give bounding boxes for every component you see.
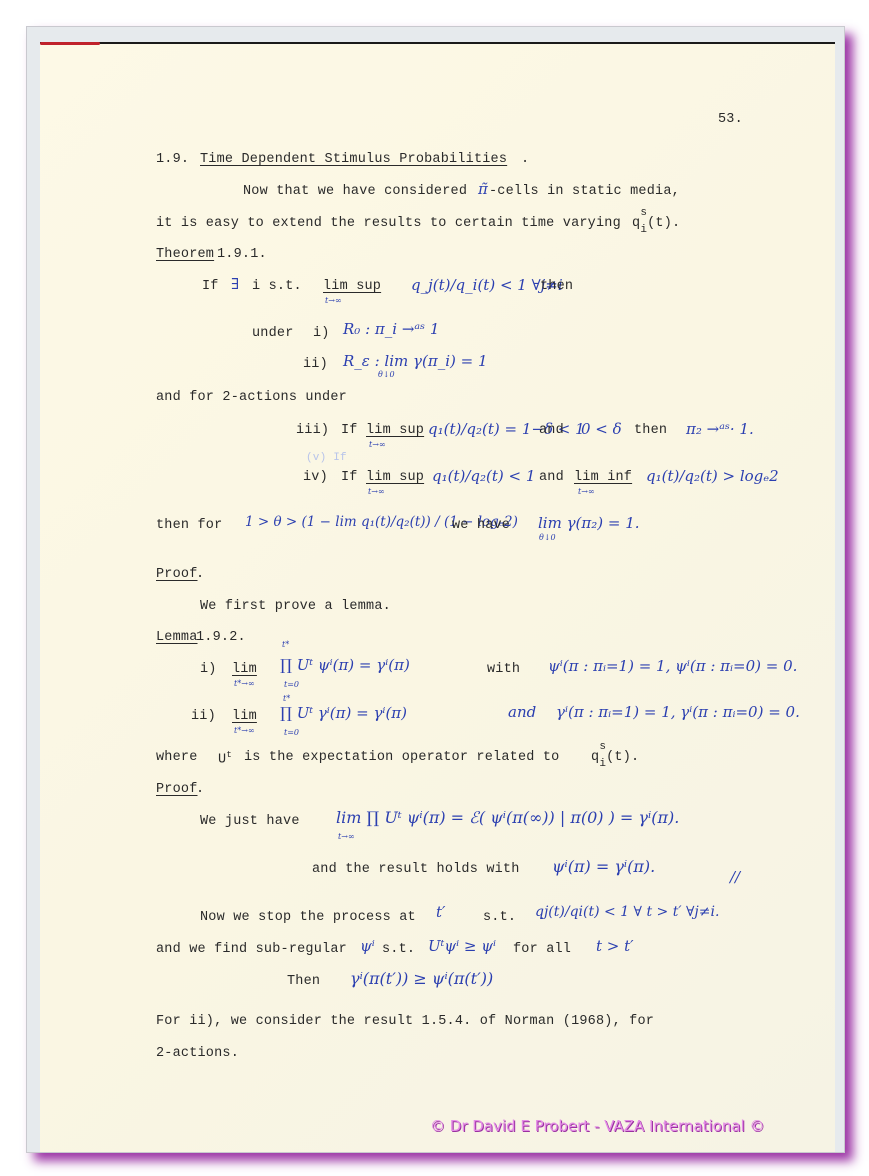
q-tail: (t). — [606, 750, 639, 765]
result-expression: ψⁱ(π) = γⁱ(π). — [552, 857, 655, 876]
final-subscript: θ↓0 — [539, 533, 556, 542]
page-number: 53. — [718, 112, 743, 127]
case-iv-subscript-2: t→∞ — [578, 487, 595, 496]
case-ii-label: ii) — [303, 357, 328, 372]
case-iii-result: π₂ →ᵃˢ· 1. — [686, 420, 754, 438]
lemma-i-expr: ∏ Uᵗ ψⁱ(π) = γⁱ(π) — [280, 656, 410, 674]
lemma-ii-lim-sub: t*→∞ — [234, 726, 255, 735]
stop-expression: qj(t)/qi(t) < 1 ∀ t > t′ ∀j≠i. — [535, 904, 719, 920]
theorem-then: then — [540, 279, 573, 294]
lemma-i-condition: ψⁱ(π : πᵢ=1) = 1, ψⁱ(π : πᵢ=0) = 0. — [548, 657, 797, 675]
section-title: Time Dependent Stimulus Probabilities — [200, 152, 507, 167]
section-title-period: . — [521, 152, 529, 167]
lemma-label: Lemma — [156, 630, 198, 645]
exists-symbol: ∃ — [231, 275, 239, 293]
for-ii-line-2: 2-actions. — [156, 1046, 239, 1061]
case-iv-subscript: t→∞ — [368, 487, 385, 496]
lemma-q-expression: qsi(t). — [591, 750, 639, 765]
copyright-watermark: © Dr David E Probert - VAZA Internationa… — [430, 1117, 765, 1135]
find-text-c: for all — [513, 942, 571, 957]
stop-text-b: s.t. — [483, 910, 516, 925]
find-text-a: and we find sub-regular — [156, 942, 347, 957]
q-expression: qsi(t). — [632, 216, 680, 231]
lemma-number: 1.9.2. — [196, 630, 246, 645]
two-actions-line: and for 2-actions under — [156, 390, 347, 405]
we-have: we have — [452, 518, 510, 533]
faint-overtype: (v) If — [306, 452, 347, 464]
theorem-limsup: lim sup — [323, 279, 381, 294]
case-iv-and: and — [539, 470, 564, 485]
find-text-b: s.t. — [382, 942, 415, 957]
theorem-if: If — [202, 279, 219, 294]
intro-line-1a: Now that we have considered — [243, 184, 467, 199]
lemma-i-lim-sub: t*→∞ — [234, 679, 255, 688]
q-tail: (t). — [647, 216, 680, 231]
lemma-ii-expr: ∏ Uᵗ γⁱ(π) = γⁱ(π) — [280, 704, 407, 722]
find-t: t > t′ — [596, 937, 634, 955]
find-psi: ψⁱ — [360, 937, 375, 955]
u-operator: Ut — [218, 750, 232, 768]
for-ii-line: For ii), we consider the result 1.5.4. o… — [156, 1014, 654, 1029]
case-i-expr: R₀ : π_i →ᵃˢ 1 — [343, 320, 439, 338]
case-iii-label: iii) — [296, 423, 329, 438]
section-number: 1.9. — [156, 152, 189, 167]
lemma-i-with: with — [487, 662, 520, 677]
proof-label-1-period: . — [196, 567, 204, 582]
q-sub: i — [640, 224, 647, 236]
find-expression: Uᵗψⁱ ≥ ψⁱ — [428, 937, 496, 955]
qed-mark: // — [730, 868, 740, 886]
lemma-ii-and: and — [508, 703, 536, 721]
lemma-ii-condition: γⁱ(π : πᵢ=1) = 1, γⁱ(π : πᵢ=0) = 0. — [556, 703, 800, 721]
proof-label-1: Proof — [156, 567, 198, 582]
lemma-ii-lim: lim — [232, 709, 257, 724]
stop-t: t′ — [436, 903, 445, 921]
result-holds: and the result holds with — [312, 862, 520, 877]
proof-label-2: Proof — [156, 782, 198, 797]
lemma-ii-prod-bottom: t=0 — [284, 728, 299, 737]
lemma-ii-prod-top: t* — [283, 694, 290, 703]
lemma-ii-label: ii) — [191, 709, 216, 724]
then-for: then for — [156, 518, 222, 533]
then-expression: γⁱ(π(t′)) ≥ ψⁱ(π(t′)) — [350, 969, 493, 988]
case-iv-expr-2: q₁(t)/q₂(t) > logₑ2 — [646, 467, 779, 485]
case-iv-expr: q₁(t)/q₂(t) < 1 — [432, 467, 535, 485]
under-label: under — [252, 326, 294, 341]
theorem-number: 1.9.1. — [217, 247, 267, 262]
case-iv-label: iv) — [303, 470, 328, 485]
case-iv-if: If — [341, 470, 358, 485]
case-iv-limsup: lim sup — [366, 470, 424, 485]
case-i-label: i) — [313, 326, 330, 341]
final-expression: lim γ(π₂) = 1. — [538, 514, 640, 532]
theorem-ist: i s.t. — [252, 279, 302, 294]
proof-1-text: We first prove a lemma. — [200, 599, 391, 614]
proof-2-subscript: t→∞ — [338, 832, 355, 841]
q-sub: i — [599, 758, 606, 770]
limsup-subscript: t→∞ — [325, 296, 342, 305]
where-label: where — [156, 750, 198, 765]
where-text: is the expectation operator related to — [244, 750, 559, 765]
case-iii-if: If — [341, 423, 358, 438]
theorem-label: Theorem — [156, 247, 214, 262]
u-sup: t — [226, 750, 232, 760]
pi-symbol: π̃ — [478, 180, 488, 198]
case-iii-and: and — [539, 423, 564, 438]
intro-line-1b: -cells in static media, — [489, 184, 680, 199]
lemma-i-label: i) — [200, 662, 217, 677]
case-iv-liminf: lim inf — [574, 470, 632, 485]
q-sup: s — [599, 741, 606, 753]
just-have: We just have — [200, 814, 300, 829]
case-ii-expr: R_ε : lim γ(π_i) = 1 — [343, 352, 488, 370]
case-iii-subscript: t→∞ — [369, 440, 386, 449]
stop-text-a: Now we stop the process at — [200, 910, 416, 925]
lemma-i-lim: lim — [232, 662, 257, 677]
case-iii-limsup: lim sup — [366, 423, 424, 438]
lemma-i-prod-bottom: t=0 — [284, 680, 299, 689]
case-ii-subscript: θ↓0 — [378, 370, 395, 379]
proof-label-2-period: . — [196, 782, 204, 797]
case-iii-cond: 0 < δ — [581, 420, 622, 438]
proof-2-expression: lim ∏ Uᵗ ψⁱ(π) = ℰ( ψⁱ(π(∞)) | π(0) ) = … — [336, 808, 679, 827]
q-sup: s — [640, 207, 647, 219]
then-label: Then — [287, 974, 320, 989]
lemma-i-prod-top: t* — [282, 640, 289, 649]
case-iii-then: then — [634, 423, 667, 438]
intro-line-2: it is easy to extend the results to cert… — [156, 216, 621, 231]
